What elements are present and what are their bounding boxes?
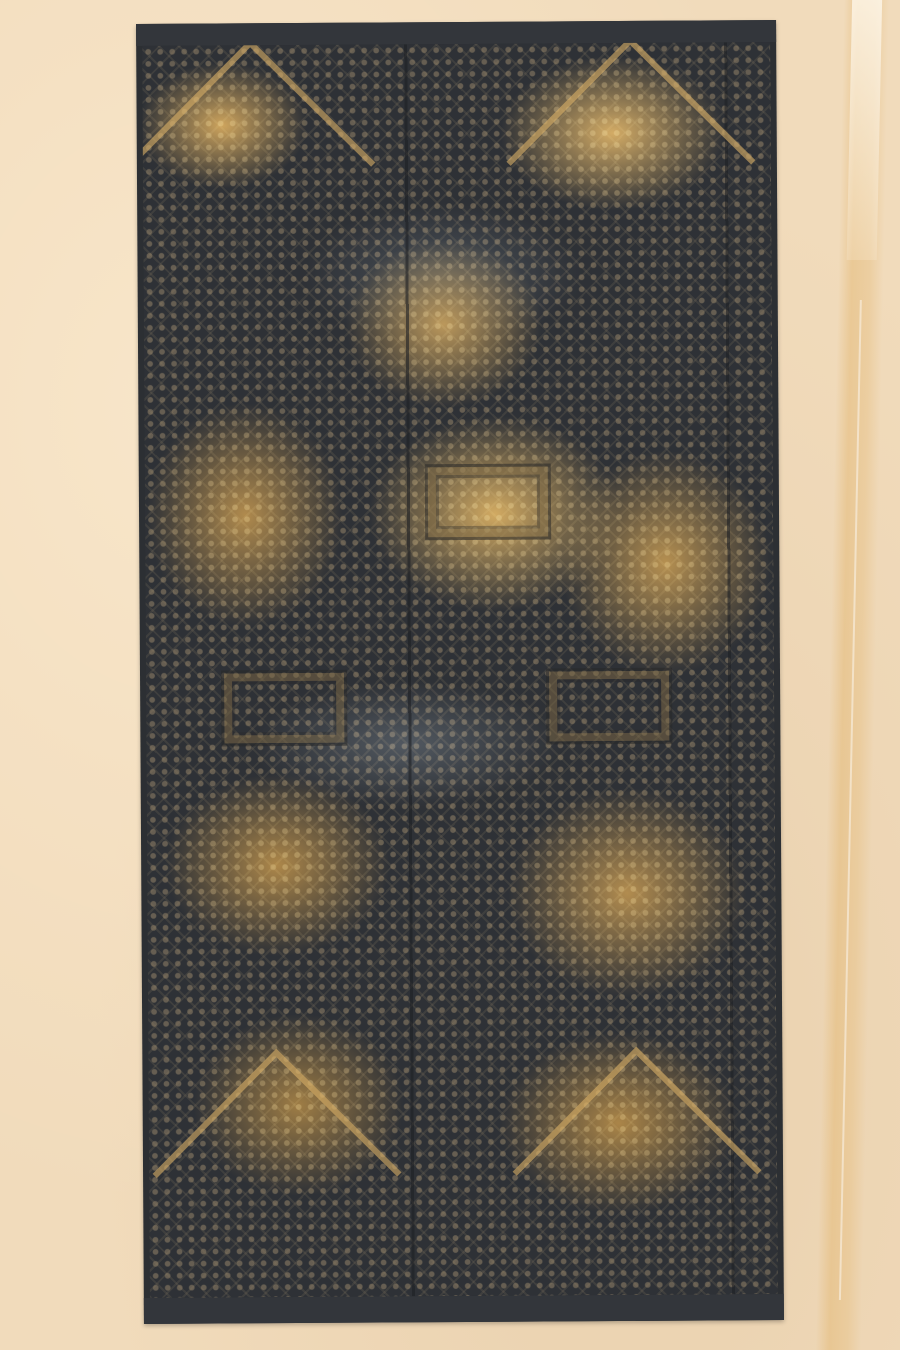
rug-field [142,42,778,1298]
rug-medallion [221,670,347,747]
rug [136,20,784,1324]
rug-medallion [546,668,672,745]
rug-bottom-binding [144,1294,784,1324]
rug-medallion [425,463,551,540]
